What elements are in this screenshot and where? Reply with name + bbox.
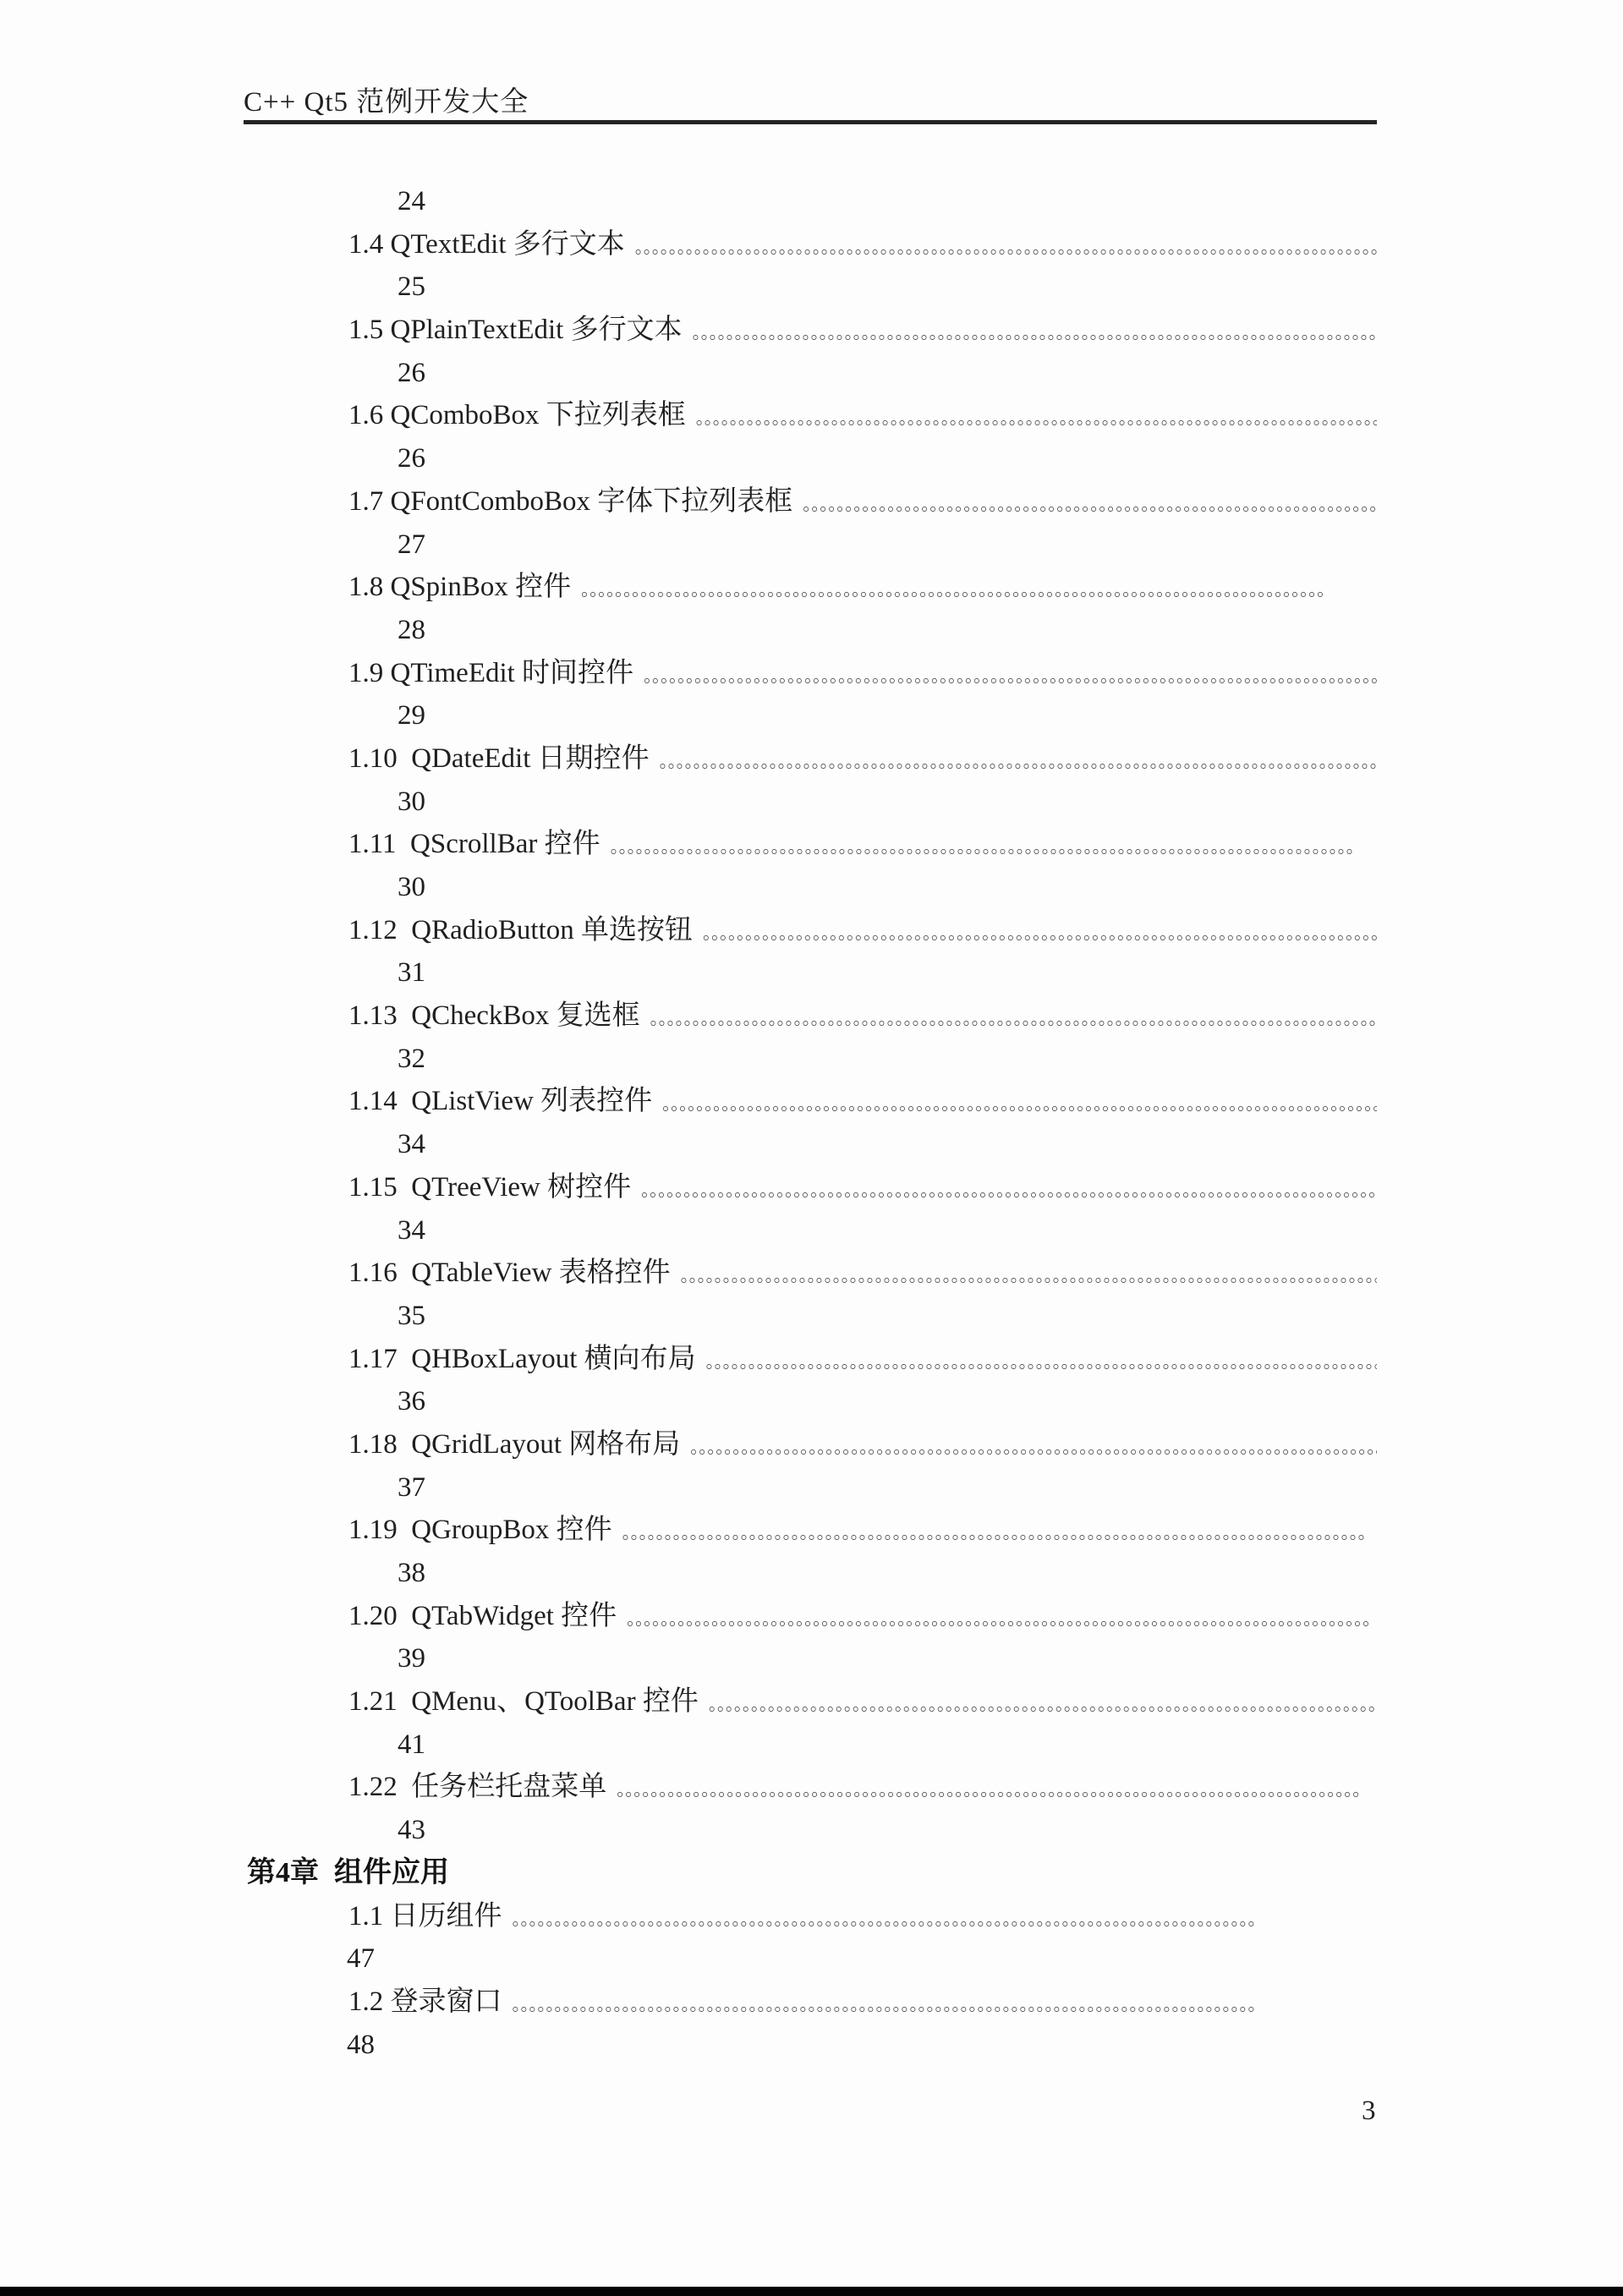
toc-page-number: 37 [398,1472,425,1503]
toc-entry-text: 1.15 QTreeView 树控件 [348,1166,631,1209]
toc-entry-text: 1.2 登录窗口 [348,1981,502,2024]
toc-page-number-line: 30 [0,781,1377,824]
toc-page-number: 26 [398,358,425,388]
toc-page-number: 30 [398,872,425,902]
toc-entry-line: 1.19 QGroupBox 控件。。。。。。。。。。。。。。。。。。。。。。。… [0,1509,1377,1552]
toc-entry-line: 1.6 QComboBox 下拉列表框。。。。。。。。。。。。。。。。。。。。。… [0,394,1377,437]
dot-leader: 。。。。。。。。。。。。。。。。。。。。。。。。。。。。。。。。。。。。。。。。… [662,1082,1377,1126]
toc-page-number-line: 30 [0,866,1377,909]
dot-leader: 。。。。。。。。。。。。。。。。。。。。。。。。。。。。。。。。。。。。。。。。… [581,568,1377,611]
dot-leader: 。。。。。。。。。。。。。。。。。。。。。。。。。。。。。。。。。。。。。。。。… [513,1983,1378,2026]
toc-page-number: 32 [398,1044,425,1074]
header-rule-divider [244,120,1377,124]
bottom-edge-bar [0,2287,1623,2296]
chapter-number: 第4章 [247,1857,319,1888]
toc-entry-text: 1.4 QTextEdit 多行文本 [348,223,625,266]
page-header-title: C++ Qt5 范例开发大全 [244,86,529,120]
toc-entry-line: 1.21 QMenu、QToolBar 控件。。。。。。。。。。。。。。。。。。… [0,1680,1377,1723]
toc-page-number-line: 48 [0,2024,1377,2067]
toc-page-number-line: 28 [0,609,1377,652]
toc-entry-line: 1.16 QTableView 表格控件。。。。。。。。。。。。。。。。。。。。… [0,1252,1377,1295]
toc-page-number-line: 47 [0,1937,1377,1981]
toc-page-number-line: 31 [0,951,1377,995]
toc-entry-text: 1.21 QMenu、QToolBar 控件 [348,1680,699,1723]
toc-page-number: 35 [398,1301,425,1331]
toc-page-number-line: 27 [0,523,1377,567]
toc-entry-line: 1.5 QPlainTextEdit 多行文本。。。。。。。。。。。。。。。。。… [0,309,1377,352]
dot-leader: 。。。。。。。。。。。。。。。。。。。。。。。。。。。。。。。。。。。。。。。。… [622,1511,1377,1554]
toc-entry-text: 1.1 日历组件 [348,1895,502,1938]
toc-entry-text: 1.8 QSpinBox 控件 [348,566,571,609]
toc-entry-text: 1.12 QRadioButton 单选按钮 [348,909,693,952]
toc-page-number: 30 [398,786,425,817]
toc-entry-text: 1.14 QListView 列表控件 [348,1080,652,1123]
toc-page-number-line: 36 [0,1380,1377,1423]
toc-entry-line: 1.17 QHBoxLayout 横向布局。。。。。。。。。。。。。。。。。。。… [0,1338,1377,1381]
toc-page-number: 31 [398,957,425,988]
toc-page-number-line: 32 [0,1038,1377,1081]
toc-page-number: 36 [398,1386,425,1417]
dot-leader: 。。。。。。。。。。。。。。。。。。。。。。。。。。。。。。。。。。。。。。。。… [690,1426,1377,1469]
toc-page-number-line: 35 [0,1295,1377,1338]
toc-page-number-line: 43 [0,1809,1377,1852]
toc-entry-text: 1.11 QScrollBar 控件 [348,823,600,866]
toc-page-number-line: 38 [0,1552,1377,1595]
chapter-heading-line: 第4章组件应用 [0,1852,1377,1895]
toc-entry-text: 1.7 QFontComboBox 字体下拉列表框 [348,480,792,523]
dot-leader: 。。。。。。。。。。。。。。。。。。。。。。。。。。。。。。。。。。。。。。。。… [706,1340,1377,1384]
toc-entry-line: 1.18 QGridLayout 网格布局。。。。。。。。。。。。。。。。。。。… [0,1423,1377,1466]
toc-entry-line: 1.8 QSpinBox 控件。。。。。。。。。。。。。。。。。。。。。。。。。… [0,566,1377,609]
toc-entry-line: 1.15 QTreeView 树控件。。。。。。。。。。。。。。。。。。。。。。… [0,1166,1377,1209]
toc-entry-line: 1.13 QCheckBox 复选框。。。。。。。。。。。。。。。。。。。。。。… [0,995,1377,1038]
toc-page-number: 47 [347,1943,375,1974]
toc-page-number: 29 [398,700,425,731]
toc-page-number: 24 [398,186,425,216]
toc-entry-line: 1.1 日历组件。。。。。。。。。。。。。。。。。。。。。。。。。。。。。。。。… [0,1895,1377,1938]
toc-entry-line: 1.4 QTextEdit 多行文本。。。。。。。。。。。。。。。。。。。。。。… [0,223,1377,266]
dot-leader: 。。。。。。。。。。。。。。。。。。。。。。。。。。。。。。。。。。。。。。。。… [611,825,1377,869]
toc-entry-text: 1.5 QPlainTextEdit 多行文本 [348,309,683,352]
toc-page-number: 38 [398,1558,425,1588]
toc-entry-text: 1.17 QHBoxLayout 横向布局 [348,1338,696,1381]
dot-leader: 。。。。。。。。。。。。。。。。。。。。。。。。。。。。。。。。。。。。。。。。… [635,226,1377,269]
toc-entry-text: 1.22 任务栏托盘菜单 [348,1766,606,1809]
toc-entry-line: 1.7 QFontComboBox 字体下拉列表框。。。。。。。。。。。。。。。… [0,480,1377,523]
dot-leader: 。。。。。。。。。。。。。。。。。。。。。。。。。。。。。。。。。。。。。。。。… [513,1898,1378,1941]
dot-leader: 。。。。。。。。。。。。。。。。。。。。。。。。。。。。。。。。。。。。。。。。… [693,311,1377,354]
dot-leader: 。。。。。。。。。。。。。。。。。。。。。。。。。。。。。。。。。。。。。。。。… [696,397,1377,440]
toc-page-number-line: 41 [0,1723,1377,1767]
toc-page-number: 27 [398,529,425,560]
toc-page-number: 25 [398,271,425,302]
dot-leader: 。。。。。。。。。。。。。。。。。。。。。。。。。。。。。。。。。。。。。。。。… [650,997,1377,1040]
toc-page-number: 48 [347,2030,375,2060]
dot-leader: 。。。。。。。。。。。。。。。。。。。。。。。。。。。。。。。。。。。。。。。。… [627,1597,1377,1641]
toc-page-number-line: 24 [0,180,1377,223]
toc-entry-text: 1.9 QTimeEdit 时间控件 [348,652,633,695]
dot-leader: 。。。。。。。。。。。。。。。。。。。。。。。。。。。。。。。。。。。。。。。。… [617,1768,1377,1811]
footer-page-number: 3 [1362,2096,1376,2127]
toc-entry-line: 1.2 登录窗口。。。。。。。。。。。。。。。。。。。。。。。。。。。。。。。。… [0,1981,1377,2024]
toc-list: 241.4 QTextEdit 多行文本。。。。。。。。。。。。。。。。。。。。… [0,180,1623,2066]
chapter-title: 组件应用 [334,1857,449,1888]
toc-page-number-line: 26 [0,437,1377,480]
toc-entry-line: 1.12 QRadioButton 单选按钮。。。。。。。。。。。。。。。。。。… [0,909,1377,952]
toc-page-number: 26 [398,443,425,474]
toc-entry-text: 1.18 QGridLayout 网格布局 [348,1423,680,1466]
dot-leader: 。。。。。。。。。。。。。。。。。。。。。。。。。。。。。。。。。。。。。。。。… [703,912,1377,955]
dot-leader: 。。。。。。。。。。。。。。。。。。。。。。。。。。。。。。。。。。。。。。。。… [644,655,1377,698]
toc-entry-text: 1.6 QComboBox 下拉列表框 [348,394,686,437]
toc-entry-line: 1.22 任务栏托盘菜单。。。。。。。。。。。。。。。。。。。。。。。。。。。。… [0,1766,1377,1809]
toc-page-number-line: 29 [0,694,1377,737]
dot-leader: 。。。。。。。。。。。。。。。。。。。。。。。。。。。。。。。。。。。。。。。。… [660,740,1377,783]
dot-leader: 。。。。。。。。。。。。。。。。。。。。。。。。。。。。。。。。。。。。。。。。… [641,1169,1377,1212]
toc-page-number: 34 [398,1129,425,1159]
dot-leader: 。。。。。。。。。。。。。。。。。。。。。。。。。。。。。。。。。。。。。。。。… [709,1683,1377,1726]
toc-entry-line: 1.9 QTimeEdit 时间控件。。。。。。。。。。。。。。。。。。。。。。… [0,652,1377,695]
toc-page-number: 39 [398,1643,425,1674]
toc-page-number-line: 34 [0,1209,1377,1252]
dot-leader: 。。。。。。。。。。。。。。。。。。。。。。。。。。。。。。。。。。。。。。。。… [803,483,1377,526]
toc-entry-line: 1.11 QScrollBar 控件。。。。。。。。。。。。。。。。。。。。。。… [0,823,1377,866]
toc-page-number: 28 [398,615,425,645]
toc-page-number-line: 37 [0,1466,1377,1510]
toc-page-number-line: 26 [0,352,1377,395]
toc-page-number: 34 [398,1215,425,1246]
toc-entry-text: 1.16 QTableView 表格控件 [348,1252,671,1295]
toc-entry-line: 1.20 QTabWidget 控件。。。。。。。。。。。。。。。。。。。。。。… [0,1595,1377,1638]
toc-page-number: 43 [398,1815,425,1845]
toc-entry-text: 1.13 QCheckBox 复选框 [348,995,640,1038]
toc-page-number-line: 34 [0,1123,1377,1166]
toc-entry-text: 1.10 QDateEdit 日期控件 [348,737,650,781]
toc-page-number-line: 39 [0,1637,1377,1680]
toc-entry-text: 1.20 QTabWidget 控件 [348,1595,617,1638]
document-page: C++ Qt5 范例开发大全 241.4 QTextEdit 多行文本。。。。。… [0,0,1623,2296]
toc-entry-line: 1.14 QListView 列表控件。。。。。。。。。。。。。。。。。。。。。… [0,1080,1377,1123]
toc-entry-line: 1.10 QDateEdit 日期控件。。。。。。。。。。。。。。。。。。。。。… [0,737,1377,781]
toc-page-number-line: 25 [0,266,1377,309]
toc-entry-text: 1.19 QGroupBox 控件 [348,1509,612,1552]
dot-leader: 。。。。。。。。。。。。。。。。。。。。。。。。。。。。。。。。。。。。。。。。… [681,1254,1377,1297]
toc-page-number: 41 [398,1729,425,1760]
